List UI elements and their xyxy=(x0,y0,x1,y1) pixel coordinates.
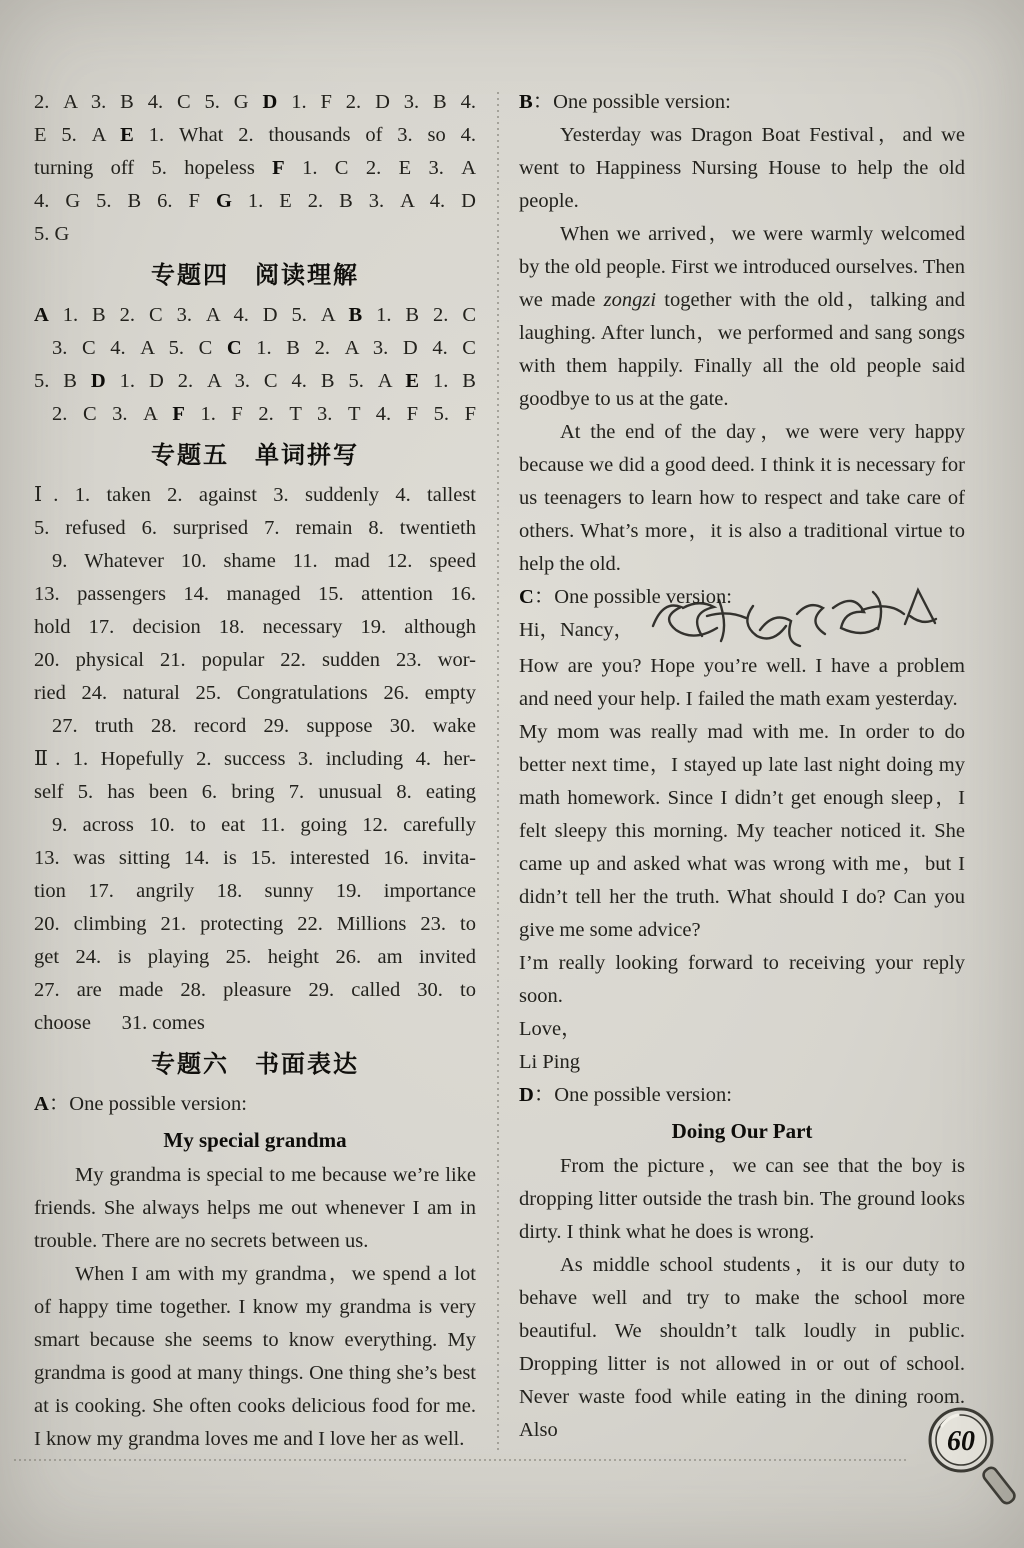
answer-label-line: D：One possible version: xyxy=(519,1079,965,1112)
answer-line: 9. across 10. to eat 11. going 12. caref… xyxy=(34,809,476,842)
handwritten-annotation xyxy=(647,580,947,658)
paragraph: Li Ping xyxy=(519,1046,965,1079)
answer-line: 9. Whatever 10. shame 11. mad 12. speed xyxy=(34,545,476,578)
answer-line: E 5. A E 1. What 2. thousands of 3. so 4… xyxy=(34,119,476,152)
paragraph: As middle school students，it is our duty… xyxy=(519,1249,965,1447)
answer-line: turning off 5. hopeless F 1. C 2. E 3. A xyxy=(34,152,476,185)
left-column: 2. A 3. B 4. C 5. G D 1. F 2. D 3. B 4.E… xyxy=(34,86,476,1456)
paragraph: When we arrived，we were warmly welcomed … xyxy=(519,218,965,416)
answer-line: 27. truth 28. record 29. suppose 30. wak… xyxy=(34,710,476,743)
answer-line: tion 17. angrily 18. sunny 19. importanc… xyxy=(34,875,476,908)
answer-line: 5. refused 6. surprised 7. remain 8. twe… xyxy=(34,512,476,545)
magnifier-handle xyxy=(981,1465,1017,1505)
paragraph: Love， xyxy=(519,1013,965,1046)
answer-line: get 24. is playing 25. height 26. am inv… xyxy=(34,941,476,974)
answer-line: 4. G 5. B 6. F G 1. E 2. B 3. A 4. D xyxy=(34,185,476,218)
answer-line: ried 24. natural 25. Congratulations 26.… xyxy=(34,677,476,710)
answer-line: 2. A 3. B 4. C 5. G D 1. F 2. D 3. B 4. xyxy=(34,86,476,119)
paragraph: I’m really looking forward to receiving … xyxy=(519,947,965,1013)
scanned-answer-page: 2. A 3. B 4. C 5. G D 1. F 2. D 3. B 4.E… xyxy=(0,0,1024,1548)
answer-line: self 5. has been 6. bring 7. unusual 8. … xyxy=(34,776,476,809)
answer-line: A 1. B 2. C 3. A 4. D 5. A B 1. B 2. C xyxy=(34,299,476,332)
answer-line: hold 17. decision 18. necessary 19. alth… xyxy=(34,611,476,644)
answer-label-line: B：One possible version: xyxy=(519,86,965,119)
section-heading: 专题四 阅读理解 xyxy=(34,251,476,299)
paragraph: Yesterday was Dragon Boat Festival，and w… xyxy=(519,119,965,218)
answer-line: 3. C 4. A 5. C C 1. B 2. A 3. D 4. C xyxy=(34,332,476,365)
paragraph: My mom was really mad with me. In order … xyxy=(519,716,965,947)
footer-dotted-rule xyxy=(14,1459,906,1461)
answer-line: 13. was sitting 14. is 15. interested 16… xyxy=(34,842,476,875)
answer-line: 2. C 3. A F 1. F 2. T 3. T 4. F 5. F xyxy=(34,398,476,431)
paragraph: How are you? Hope you’re well. I have a … xyxy=(519,650,965,716)
page-number-magnifier-icon: 60 xyxy=(920,1400,1020,1546)
answer-line: 20. physical 21. popular 22. sudden 23. … xyxy=(34,644,476,677)
answer-line: 5. B D 1. D 2. A 3. C 4. B 5. A E 1. B xyxy=(34,365,476,398)
paragraph: When I am with my grandma，we spend a lot… xyxy=(34,1258,476,1456)
column-divider-dotted-rule xyxy=(497,92,499,1450)
paragraph: From the picture，we can see that the boy… xyxy=(519,1150,965,1249)
answer-line: 27. are made 28. pleasure 29. called 30.… xyxy=(34,974,476,1007)
paragraph: My grandma is special to me because we’r… xyxy=(34,1159,476,1258)
answer-line: Ⅱ. 1. Hopefully 2. success 3. including … xyxy=(34,743,476,776)
right-column: B：One possible version:Yesterday was Dra… xyxy=(519,86,965,1447)
answer-line: Ⅰ. 1. taken 2. against 3. suddenly 4. ta… xyxy=(34,479,476,512)
answer-line: 5. G xyxy=(34,218,476,251)
section-heading: 专题六 书面表达 xyxy=(34,1040,476,1088)
answer-line: 13. passengers 14. managed 15. attention… xyxy=(34,578,476,611)
answer-label-line: A：One possible version: xyxy=(34,1088,476,1121)
answer-line: 20. climbing 21. protecting 22. Millions… xyxy=(34,908,476,941)
page-number: 60 xyxy=(947,1426,975,1457)
paragraph: Hi，Nancy， xyxy=(519,614,965,650)
essay-title: Doing Our Part xyxy=(519,1114,965,1148)
paragraph: At the end of the day，we were very happy… xyxy=(519,416,965,581)
answer-line: choose 31. comes xyxy=(34,1007,476,1040)
section-heading: 专题五 单词拼写 xyxy=(34,431,476,479)
essay-title: My special grandma xyxy=(34,1123,476,1157)
